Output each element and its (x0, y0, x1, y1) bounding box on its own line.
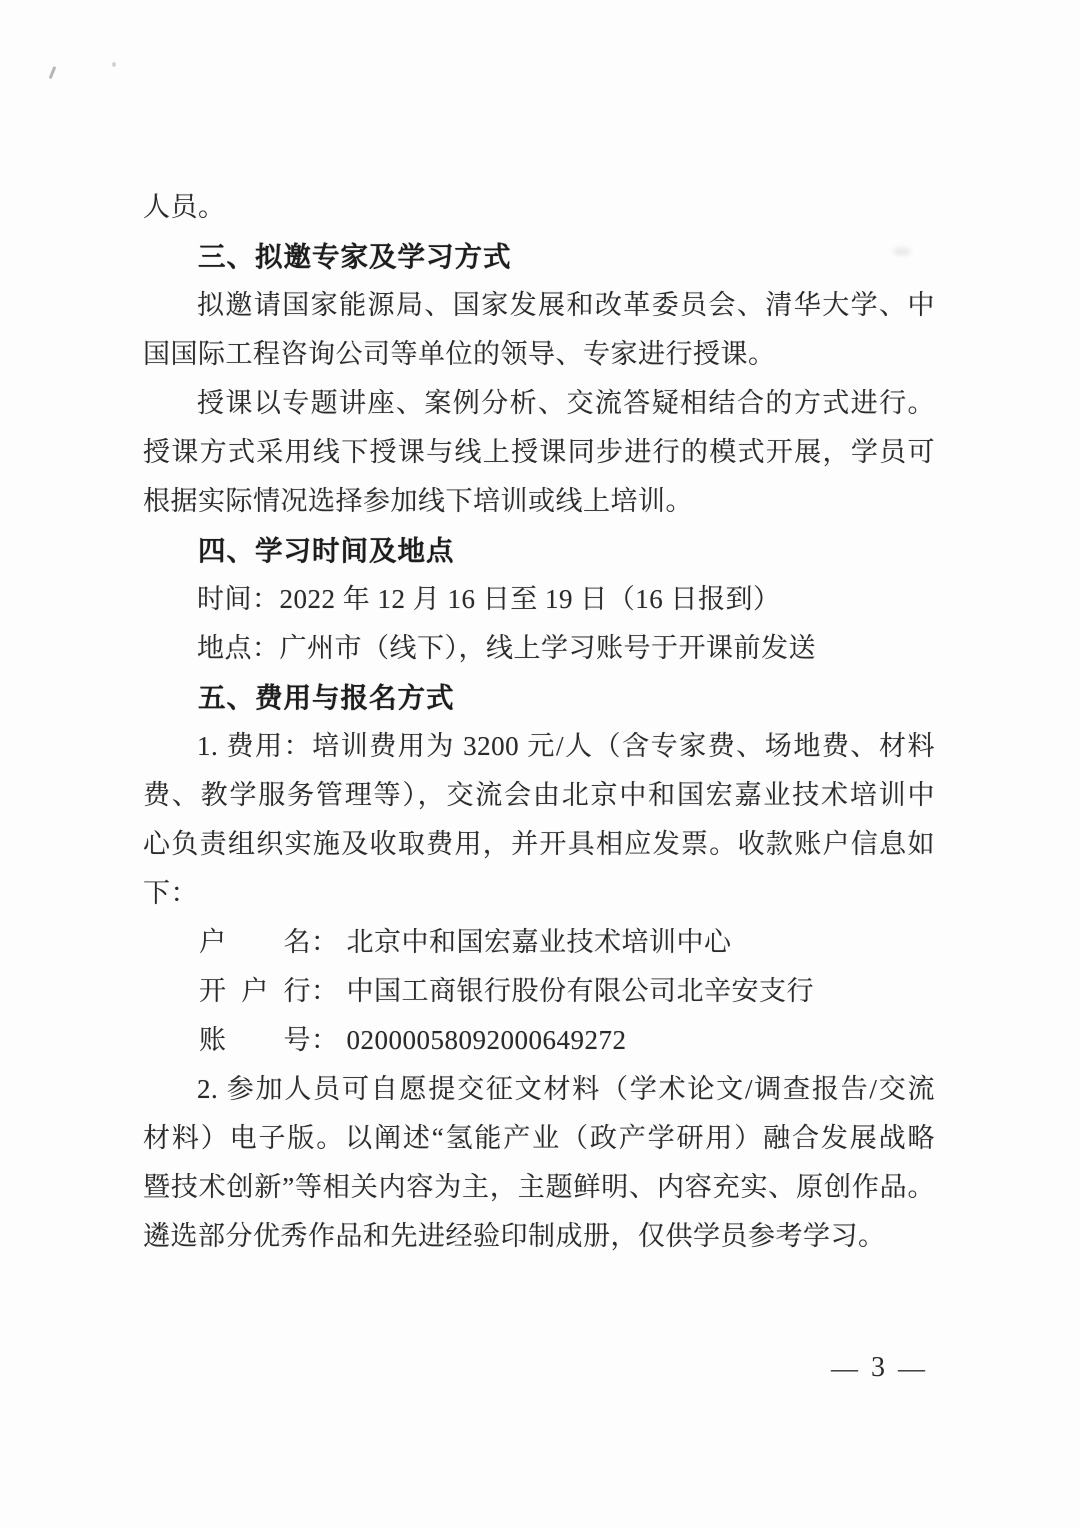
account-row-number: 账号：02000058092000649272 (143, 1016, 935, 1065)
document-body: 人员。 三、拟邀专家及学习方式 拟邀请国家能源局、国家发展和改革委员会、清华大学… (143, 183, 935, 1261)
text-line: 遴选部分优秀作品和先进经验印制成册，仅供学员参考学习。 (143, 1212, 935, 1261)
text-line: 下： (143, 869, 935, 918)
text-line: 2. 参加人员可自愿提交征文材料（学术论文/调查报告/交流 (143, 1065, 935, 1114)
footer-dash-left: — (831, 1344, 858, 1392)
account-name-value: 北京中和国宏嘉业技术培训中心 (347, 927, 732, 957)
account-separator: ： (311, 967, 339, 1016)
account-bank-value: 中国工商银行股份有限公司北辛安支行 (347, 976, 815, 1006)
text-line: 心负责组织实施及收取费用，并开具相应发票。收款账户信息如 (143, 820, 935, 869)
text-line: 材料）电子版。以阐述“氢能产业（政产学研用）融合发展战略 (143, 1114, 935, 1163)
section-heading: 三、拟邀专家及学习方式 (143, 232, 935, 281)
scan-speck-icon (112, 62, 116, 67)
account-row-name: 户名：北京中和国宏嘉业技术培训中心 (143, 918, 935, 967)
document-page: 人员。 三、拟邀专家及学习方式 拟邀请国家能源局、国家发展和改革委员会、清华大学… (0, 0, 1080, 1527)
text-line: 1. 费用：培训费用为 3200 元/人（含专家费、场地费、材料 (143, 722, 935, 771)
account-label: 开户行 (199, 967, 311, 1016)
time-line: 时间：2022 年 12 月 16 日至 19 日（16 日报到） (143, 575, 935, 624)
scan-speck-icon (49, 66, 56, 79)
text-line: 费、教学服务管理等），交流会由北京中和国宏嘉业技术培训中 (143, 771, 935, 820)
footer-dash-right: — (898, 1344, 925, 1392)
account-row-bank: 开户行：中国工商银行股份有限公司北辛安支行 (143, 967, 935, 1016)
account-separator: ： (311, 918, 339, 967)
page-number: 3 (871, 1344, 885, 1392)
account-number-value: 02000058092000649272 (347, 1025, 627, 1055)
account-separator: ： (311, 1016, 339, 1065)
account-label: 账号 (199, 1016, 311, 1065)
account-label: 户名 (199, 918, 311, 967)
text-line: 根据实际情况选择参加线下培训或线上培训。 (143, 477, 935, 526)
text-line: 国国际工程咨询公司等单位的领导、专家进行授课。 (143, 330, 935, 379)
section-heading: 五、费用与报名方式 (143, 673, 935, 722)
text-line: 授课方式采用线下授课与线上授课同步进行的模式开展，学员可 (143, 428, 935, 477)
text-line: 暨技术创新”等相关内容为主，主题鲜明、内容充实、原创作品。 (143, 1163, 935, 1212)
page-number-footer: — 3 — (831, 1344, 925, 1392)
location-line: 地点：广州市（线下），线上学习账号于开课前发送 (143, 624, 935, 673)
section-heading: 四、学习时间及地点 (143, 526, 935, 575)
text-line: 拟邀请国家能源局、国家发展和改革委员会、清华大学、中 (143, 281, 935, 330)
text-line: 授课以专题讲座、案例分析、交流答疑相结合的方式进行。 (143, 379, 935, 428)
text-line: 人员。 (143, 183, 935, 232)
